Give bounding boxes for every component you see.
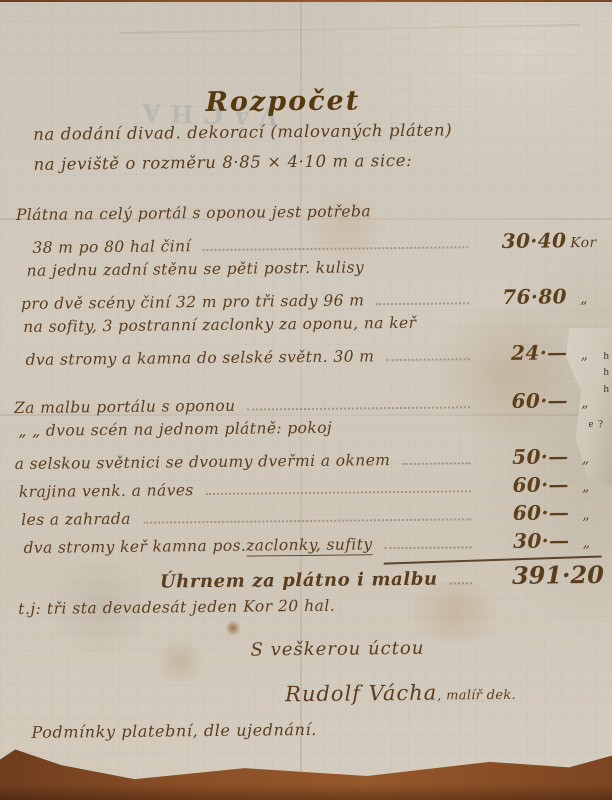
row-unit: „ <box>569 479 603 495</box>
budget-section-painting: Za malbu portálu s oponou60·—„ „ „ dvou … <box>0 388 612 562</box>
row-leader <box>344 431 470 432</box>
row-leader <box>143 518 471 523</box>
row-text: Za malbu portálu s oponou <box>14 397 236 417</box>
signature-name: Rudolf Vácha <box>285 681 437 707</box>
row-text: „ „ dvou scén na jednom plátně: pokoj <box>18 419 332 440</box>
signature: Rudolf Vácha, malíř dek. <box>285 679 612 706</box>
row-unit: „ <box>567 291 601 307</box>
row-unit: „ <box>569 507 603 523</box>
total-value: 391·20 <box>482 560 604 590</box>
row-value <box>479 270 567 271</box>
document-content: Rozpočet na dodání divad. dekorací (malo… <box>0 0 612 800</box>
row-value: 60·— <box>480 388 568 413</box>
row-text-underlined: zaclonky, sufity <box>246 535 373 556</box>
row-value: 60·— <box>481 472 569 497</box>
row-leader <box>203 246 469 251</box>
total-note: t.j: tři sta devadesát jeden Kor 20 hal. <box>18 594 612 618</box>
row-value: 30·— <box>481 528 569 553</box>
intro-line: na jeviště o rozměru 8·85 × 4·10 m a sic… <box>33 144 609 180</box>
row-leader <box>206 490 471 495</box>
row-leader <box>385 546 472 549</box>
row-value <box>479 326 567 327</box>
row-text: les a zahrada <box>21 510 131 529</box>
row-text: a selskou světnici se dvoumy dveřmi a ok… <box>15 451 391 473</box>
row-value: 30·40 <box>478 228 566 253</box>
total-label: Úhrnem za plátno i malbu <box>160 569 438 593</box>
budget-row: dva stromy a kamna do selské světn. 30 m… <box>25 340 611 374</box>
budget-row: dva stromy keř kamna pos. zaclonky, sufi… <box>23 528 612 562</box>
row-value: 76·80 <box>479 284 567 309</box>
row-text: na jednu zadní stěnu se pěti postr. kuli… <box>27 258 365 280</box>
row-leader <box>248 406 471 410</box>
row-text: dva stromy a kamna do selské světn. 30 m <box>25 347 374 369</box>
row-value: 50·— <box>480 444 568 469</box>
row-text: 38 m po 80 hal činí <box>32 237 191 257</box>
row-text: dva stromy keř kamna pos. <box>23 537 246 557</box>
closing-line: S veškerou úctou <box>251 636 612 661</box>
row-text: pro dvě scény činí 32 m pro tři sady 96 … <box>21 291 364 313</box>
row-leader <box>402 462 470 465</box>
row-unit: „ <box>568 395 602 411</box>
row-text: na sofity, 3 postranní zaclonky za oponu… <box>23 314 416 336</box>
row-unit: Kor <box>566 235 600 251</box>
budget-section-canvas: Plátna na celý portál s oponou jest potř… <box>0 200 612 374</box>
total-row: Úhrnem za plátno i malbu 391·20 <box>2 560 612 596</box>
row-text: Plátna na celý portál s oponou jest potř… <box>16 202 371 224</box>
photo-of-document: VÁCHA h h h e ? Rozpočet na dodání divad… <box>0 0 612 800</box>
row-value <box>478 214 566 215</box>
row-leader <box>376 302 469 305</box>
row-unit: „ <box>569 451 603 467</box>
row-leader <box>383 215 468 216</box>
total-leader <box>450 582 472 584</box>
row-value <box>480 430 568 431</box>
footer-line: Podmínky platební, dle ujednání. <box>31 717 612 742</box>
row-leader <box>386 358 469 361</box>
row-unit: „ <box>569 535 603 551</box>
row-leader <box>376 271 469 272</box>
row-text: krajina venk. a náves <box>19 481 194 501</box>
row-value: 60·— <box>481 500 569 525</box>
signature-role: , malíř dek. <box>437 688 516 704</box>
row-unit: „ <box>567 347 601 363</box>
row-value: 24·— <box>479 340 567 365</box>
